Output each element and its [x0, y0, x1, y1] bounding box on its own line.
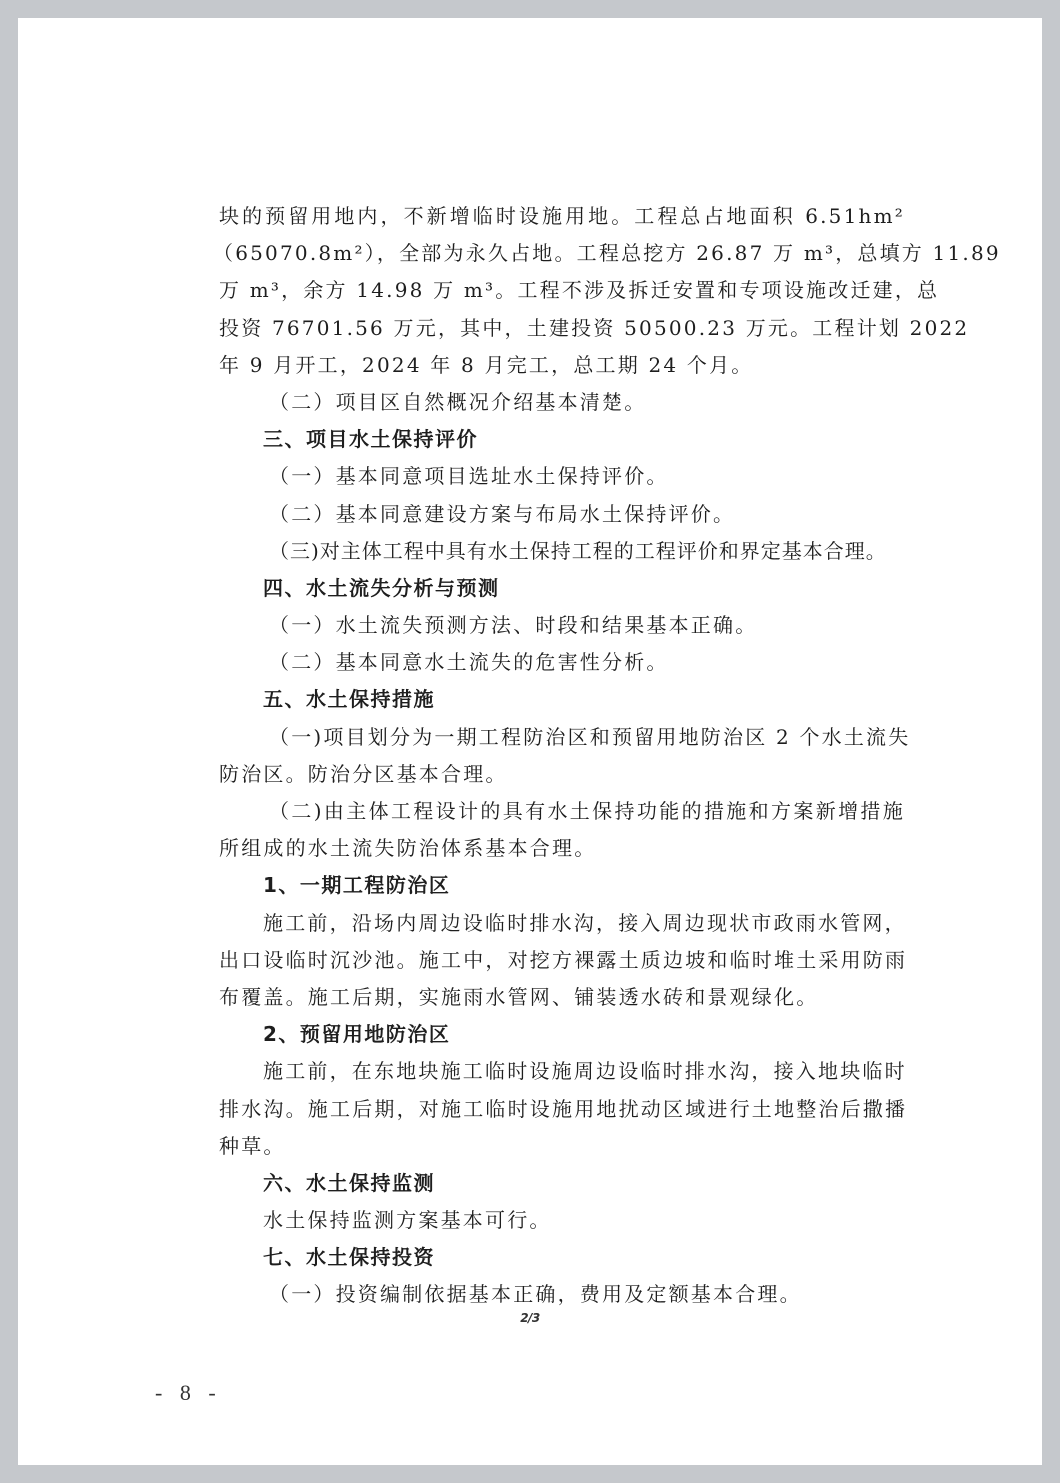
body-line: 施工前，在东地块施工临时设施周边设临时排水沟，接入地块临时 [219, 1053, 905, 1090]
body-line: （一)项目划分为一期工程防治区和预留用地防治区 2 个水土流失 [219, 719, 905, 756]
body-line: 年 9 月开工，2024 年 8 月完工，总工期 24 个月。 [219, 347, 905, 384]
list-item: （二）基本同意水土流失的危害性分析。 [219, 644, 905, 681]
body-line: 所组成的水土流失防治体系基本合理。 [219, 830, 905, 867]
body-line: 防治区。防治分区基本合理。 [219, 756, 905, 793]
body-line: 万 m³，余方 14.98 万 m³。工程不涉及拆迁安置和专项设施改迁建，总 [219, 272, 905, 309]
body-line: 施工前，沿场内周边设临时排水沟，接入周边现状市政雨水管网， [219, 905, 905, 942]
page-number: - 8 - [155, 1380, 222, 1406]
subsection-heading: 2、预留用地防治区 [219, 1016, 905, 1053]
body-line: （65070.8m²），全部为永久占地。工程总挖方 26.87 万 m³，总填方… [213, 235, 905, 272]
list-item: （二）项目区自然概况介绍基本清楚。 [219, 384, 905, 421]
list-item: （一）基本同意项目选址水土保持评价。 [219, 458, 905, 495]
section-heading: 三、项目水土保持评价 [219, 421, 905, 458]
body-line: 出口设临时沉沙池。施工中，对挖方裸露土质边坡和临时堆土采用防雨 [219, 942, 905, 979]
body-line: 投资 76701.56 万元，其中，土建投资 50500.23 万元。工程计划 … [219, 310, 905, 347]
subsection-heading: 1、一期工程防治区 [219, 867, 905, 904]
section-heading: 五、水土保持措施 [219, 681, 905, 718]
body-line: 布覆盖。施工后期，实施雨水管网、铺装透水砖和景观绿化。 [219, 979, 905, 1016]
list-item: （二）基本同意建设方案与布局水土保持评价。 [219, 496, 905, 533]
body-line: 种草。 [219, 1128, 905, 1165]
section-heading: 四、水土流失分析与预测 [219, 570, 905, 607]
body-line: 块的预留用地内，不新增临时设施用地。工程总占地面积 6.51hm² [219, 198, 905, 235]
list-item: （三)对主体工程中具有水土保持工程的工程评价和界定基本合理。 [219, 533, 905, 570]
body-line: 排水沟。施工后期，对施工临时设施用地扰动区域进行土地整治后撒播 [219, 1091, 905, 1128]
body-line: 水土保持监测方案基本可行。 [219, 1202, 905, 1239]
section-heading: 七、水土保持投资 [219, 1239, 905, 1276]
document-page: 块的预留用地内，不新增临时设施用地。工程总占地面积 6.51hm² （65070… [18, 18, 1042, 1465]
section-heading: 六、水土保持监测 [219, 1165, 905, 1202]
document-body: 块的预留用地内，不新增临时设施用地。工程总占地面积 6.51hm² （65070… [219, 198, 905, 1314]
inner-page-marker: 2/3 [18, 1311, 1042, 1325]
list-item: （一）水土流失预测方法、时段和结果基本正确。 [219, 607, 905, 644]
list-item: （一）投资编制依据基本正确，费用及定额基本合理。 [219, 1276, 905, 1313]
body-line: （二)由主体工程设计的具有水土保持功能的措施和方案新增措施 [219, 793, 905, 830]
